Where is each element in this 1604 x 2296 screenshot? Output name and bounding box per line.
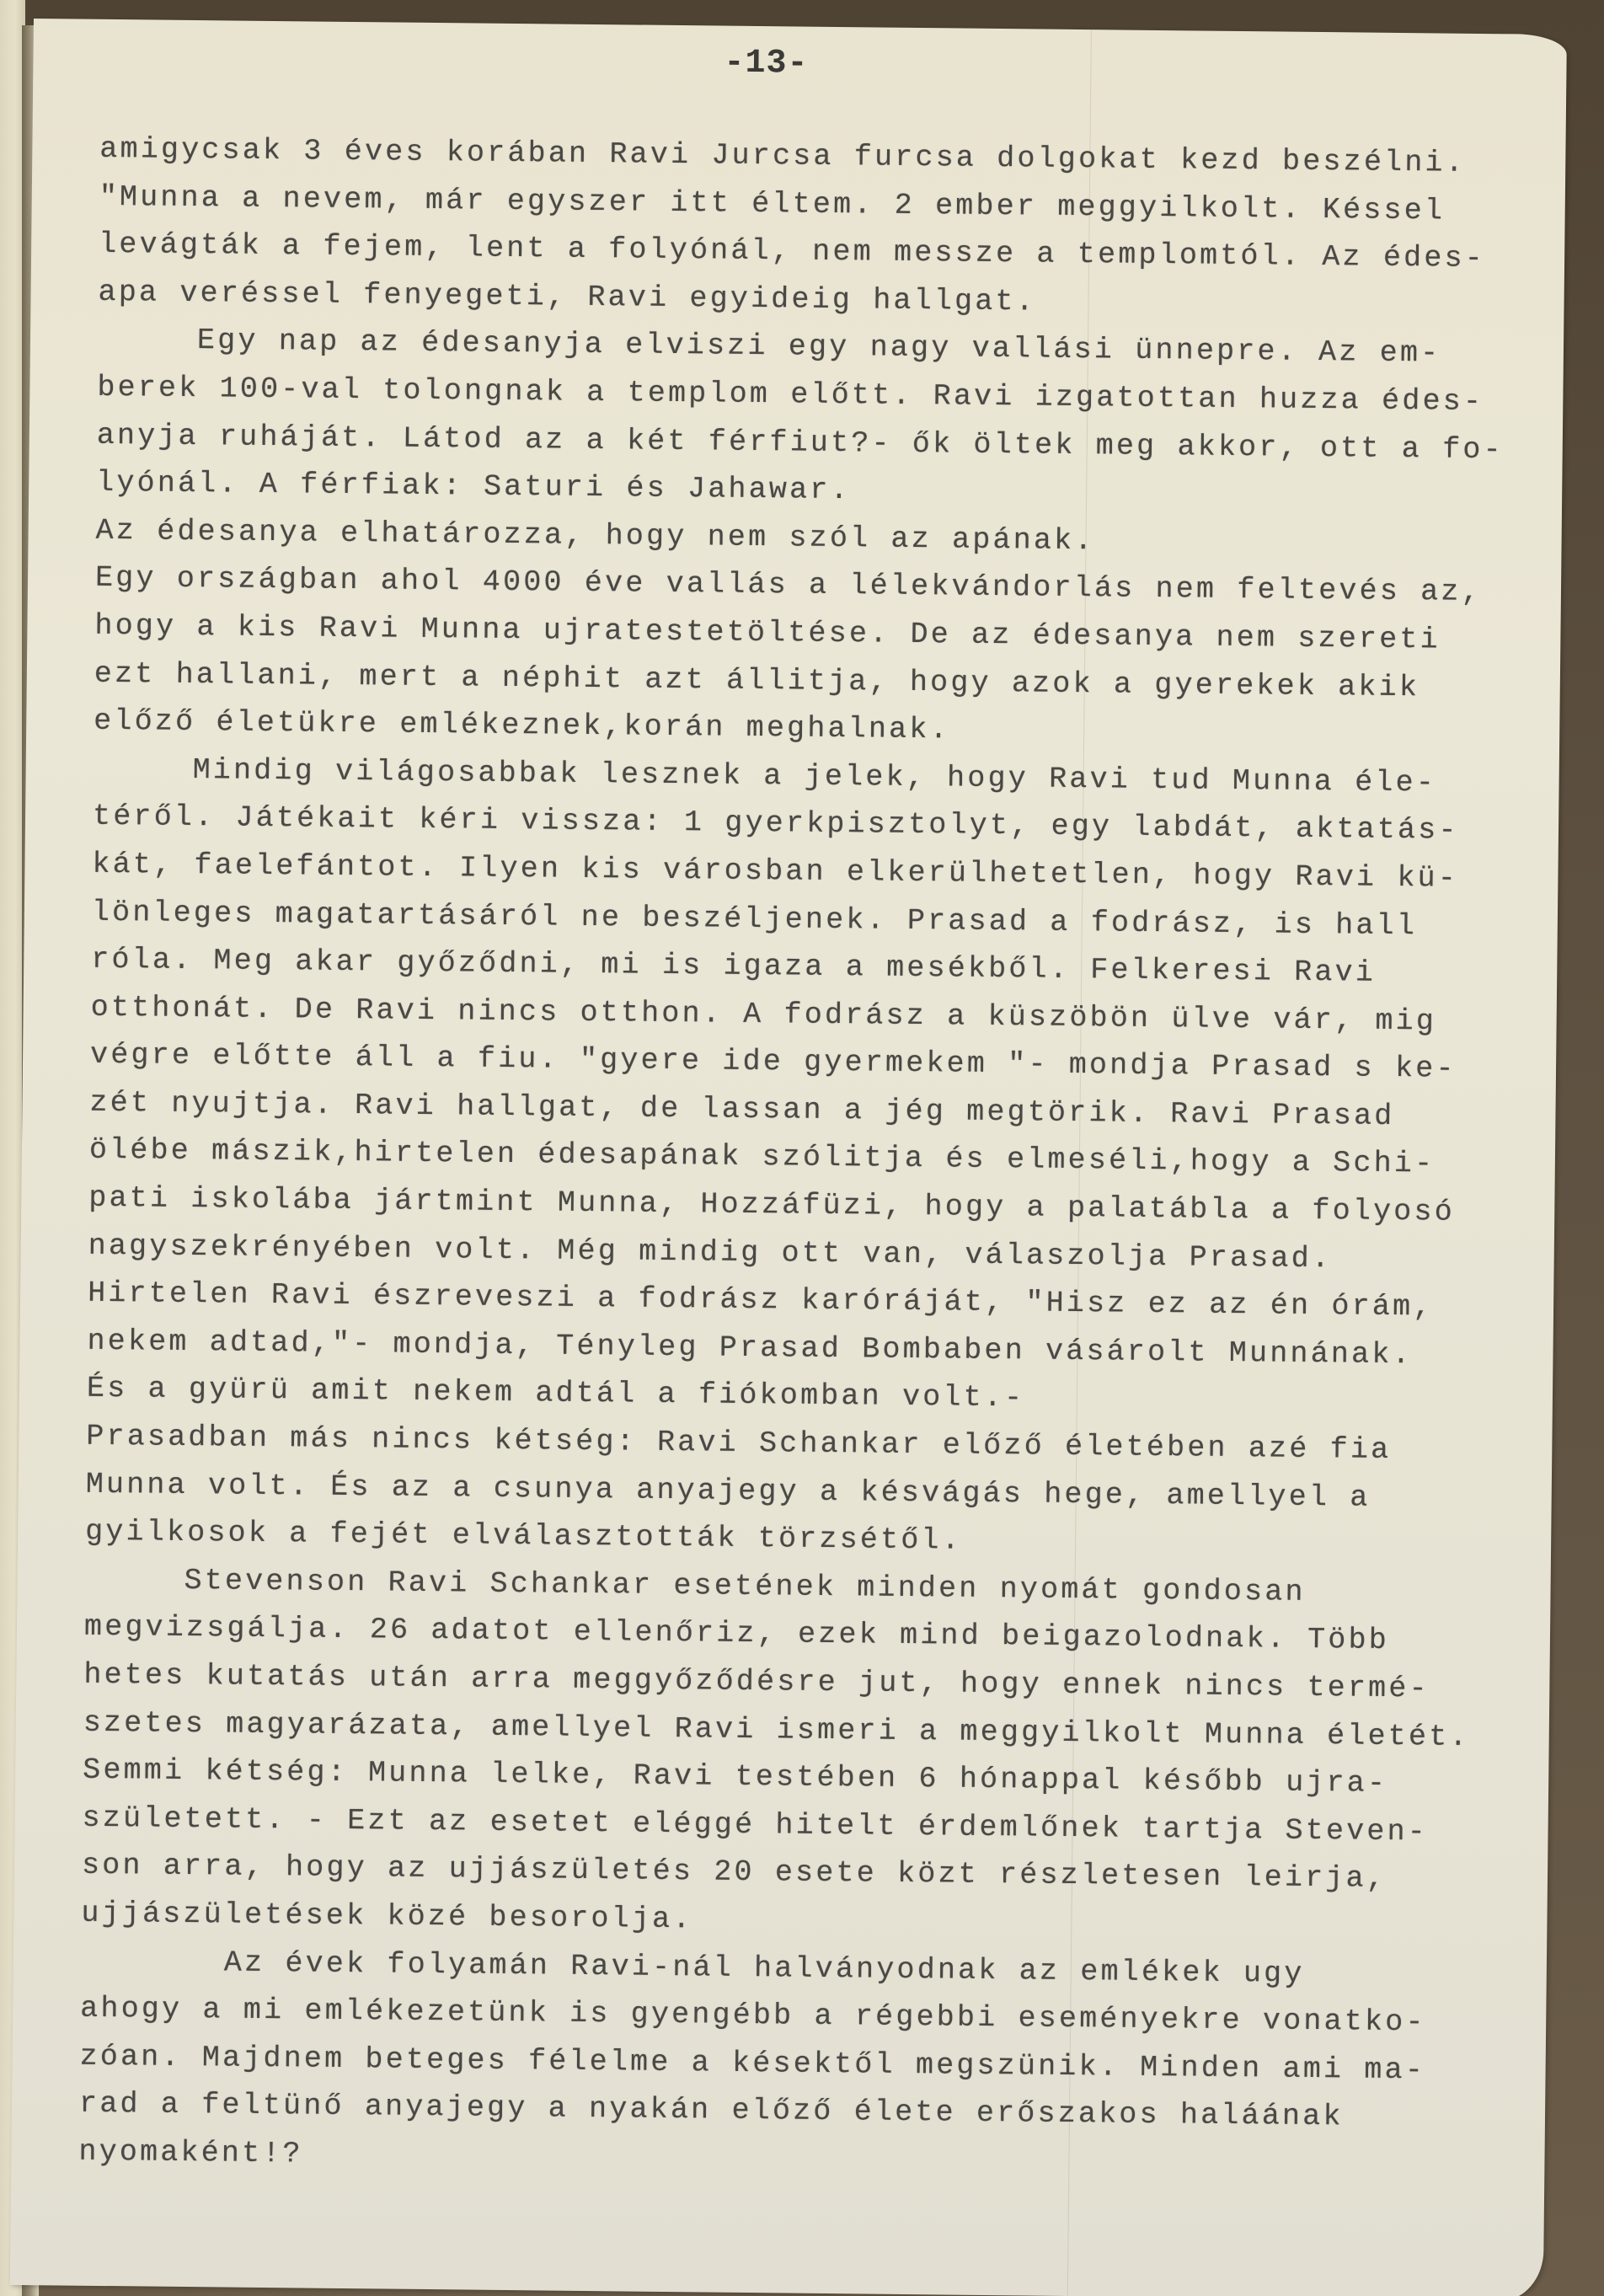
page-body-text: amigycsak 3 éves korában Ravi Jurcsa fur… <box>78 126 1532 2191</box>
typewritten-page: -13- amigycsak 3 éves korában Ravi Jurcs… <box>10 19 1567 2296</box>
photo-background: -13- amigycsak 3 éves korában Ravi Jurcs… <box>0 0 1604 2296</box>
page-number: -13- <box>724 45 808 83</box>
